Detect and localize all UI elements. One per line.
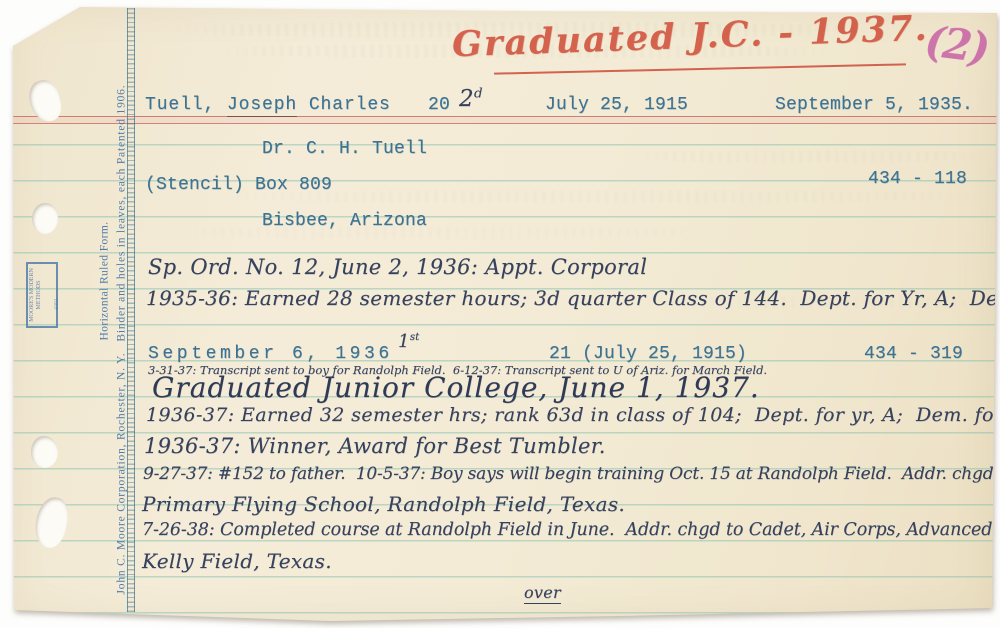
paper-sheet: John C. Moore Corporation, Rochester, N.… [0,0,1000,628]
birth-date: July 25, 1915 [545,95,688,115]
name-first: Joseph [227,95,297,117]
entry-line: Primary Flying School, Randolph Field, T… [142,492,625,516]
graduated-red-note: Graduated J.C. - 1937. [451,8,929,66]
name-middle: Charles [309,95,391,115]
page-number-stamp: (2) [922,16,990,72]
punch-hole [31,436,58,468]
graduated-entry: Graduated Junior College, June 1, 1937. [152,371,760,404]
address-line: Bisbee, Arizona [262,211,427,231]
stamp-serial-number: 4391 [54,290,62,310]
paper-shadow: John C. Moore Corporation, Rochester, N.… [0,0,1000,628]
scanned-record-card: John C. Moore Corporation, Rochester, N.… [0,0,1000,628]
file-number: 434 - 319 [864,344,963,364]
punch-hole [32,203,58,234]
bleedthrough-smudge [620,150,990,163]
age-field: 21 (July 25, 1915) [549,344,747,364]
entry-line: 1936-37: Earned 32 semester hrs; rank 63… [146,404,1000,426]
entry-line: Kelly Field, Texas. [142,549,332,573]
entry-date: September 5, 1935. [775,95,973,115]
record-name: Tuell, Joseph Charles [145,95,391,115]
red-note-underline [494,63,906,74]
entry-line: Sp. Ord. No. 12, June 2, 1936: Appt. Cor… [148,255,647,279]
printer-imprint-maker: John C. Moore Corporation, Rochester, N.… [116,30,130,595]
entry-line: 9-27-37: #152 to father. 10-5-37: Boy sa… [143,464,1000,484]
record-date-2: September 6, 1936 [148,344,393,364]
entry-line: 1936-37: Winner, Award for Best Tumbler. [144,434,606,458]
address-line: (Stencil) Box 809 [145,175,332,195]
name-last: Tuell, [145,95,215,115]
record-number: 20 [428,95,450,115]
printer-imprint-form: Horizontal Ruled Form. [99,209,112,341]
rank-annotation: 1st [398,331,419,352]
red-header-rule [6,116,1000,124]
entry-line: 7-26-38: Completed course at Randolph Fi… [142,520,1000,540]
file-number: 434 - 118 [868,169,967,189]
grade-annotation: 2d [459,86,482,112]
address-line: Dr. C. H. Tuell [262,139,427,159]
bleedthrough-smudge [150,226,710,239]
over-label: over [524,583,561,604]
entry-line: 1935-36: Earned 28 semester hours; 3d qu… [146,286,1000,310]
